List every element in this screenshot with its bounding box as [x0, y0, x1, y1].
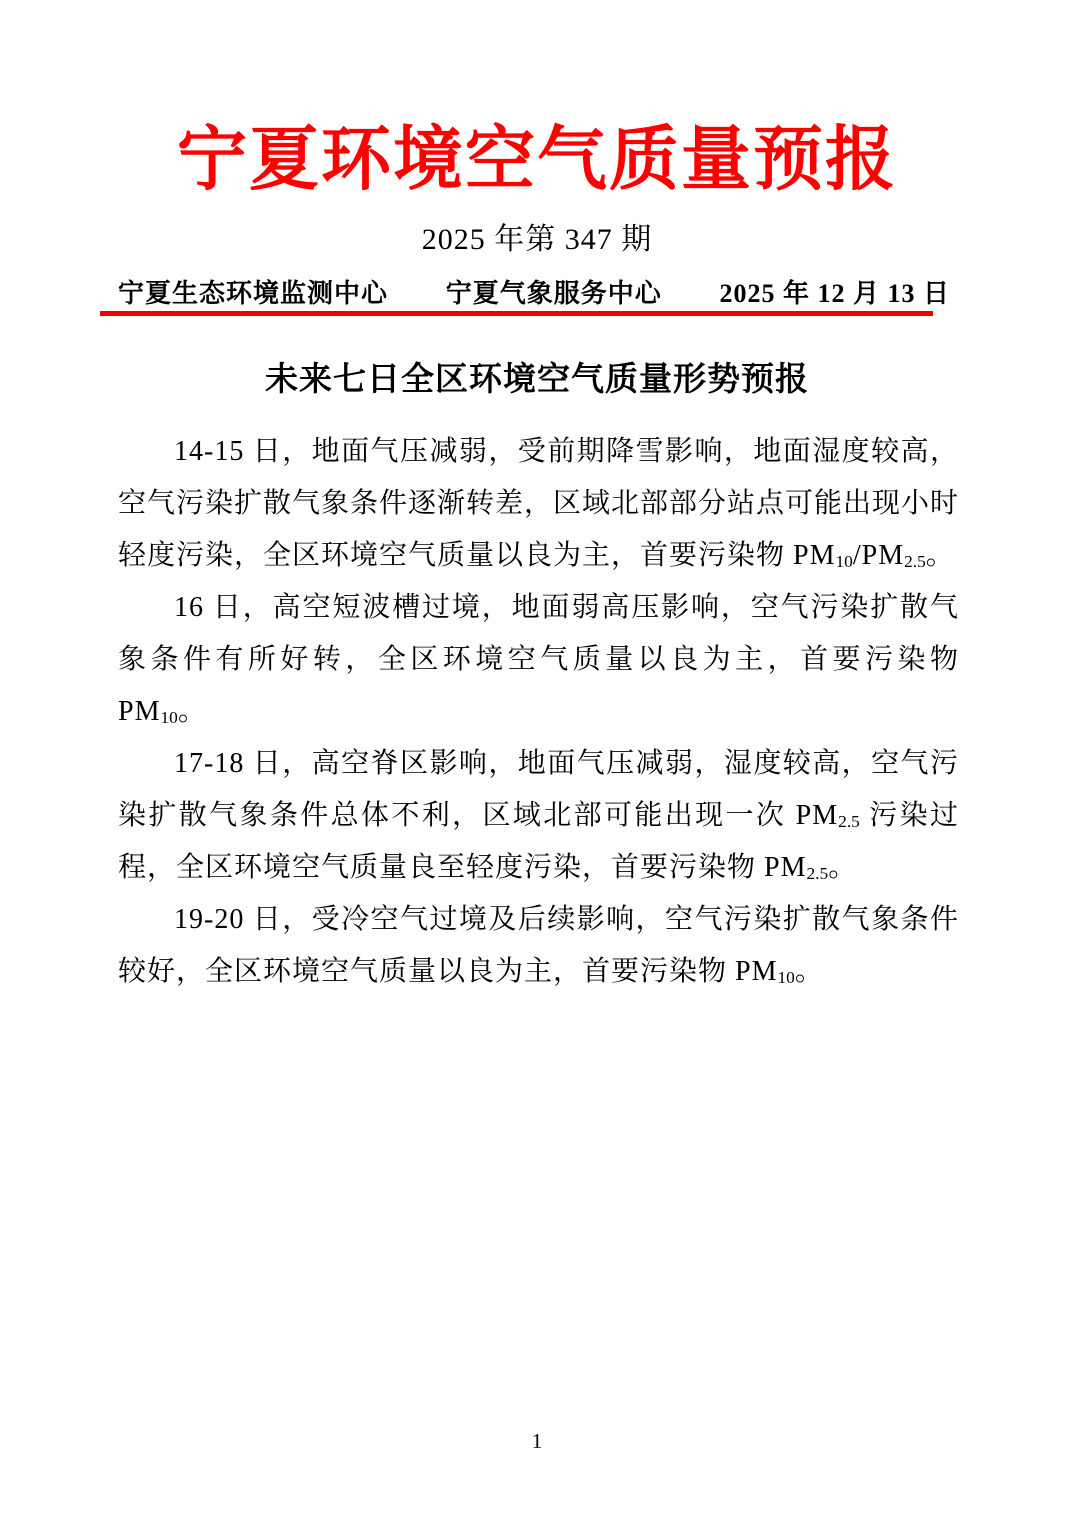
paragraph: 16 日，高空短波槽过境，地面弱高压影响，空气污染扩散气象条件有所好转，全区环境… [118, 582, 959, 738]
document-title: 宁夏环境空气质量预报 [0, 116, 1074, 206]
pollutant-subscript: 2.5 [806, 864, 828, 883]
page-number: 1 [0, 1426, 1074, 1456]
pollutant-subscript: 2.5 [904, 552, 926, 571]
issue-number: 2025 年第 347 期 [0, 218, 1074, 262]
org-monitoring-center: 宁夏生态环境监测中心 [118, 276, 388, 312]
forecast-body-text: 14-15 日，地面气压减弱，受前期降雪影响，地面湿度较高，空气污染扩散气象条件… [118, 426, 959, 998]
paragraph: 19-20 日，受冷空气过境及后续影响，空气污染扩散气象条件较好，全区环境空气质… [118, 894, 959, 998]
pollutant-subscript: 10 [777, 968, 794, 987]
org-meteorological-center: 宁夏气象服务中心 [446, 276, 662, 312]
pollutant-subscript: 10 [835, 552, 852, 571]
header-meta-row: 宁夏生态环境监测中心 宁夏气象服务中心 2025 年 12 月 13 日 [118, 276, 950, 312]
issue-date: 2025 年 12 月 13 日 [719, 276, 950, 312]
red-divider-rule [100, 311, 933, 316]
pollutant-subscript: 2.5 [838, 812, 860, 831]
paragraph: 17-18 日，高空脊区影响，地面气压减弱，湿度较高，空气污染扩散气象条件总体不… [118, 738, 959, 894]
document-page: 宁夏环境空气质量预报 2025 年第 347 期 宁夏生态环境监测中心 宁夏气象… [0, 0, 1074, 1520]
pollutant-subscript: 10 [160, 708, 177, 727]
section-title: 未来七日全区环境空气质量形势预报 [0, 356, 1074, 402]
paragraph: 14-15 日，地面气压减弱，受前期降雪影响，地面湿度较高，空气污染扩散气象条件… [118, 426, 959, 582]
